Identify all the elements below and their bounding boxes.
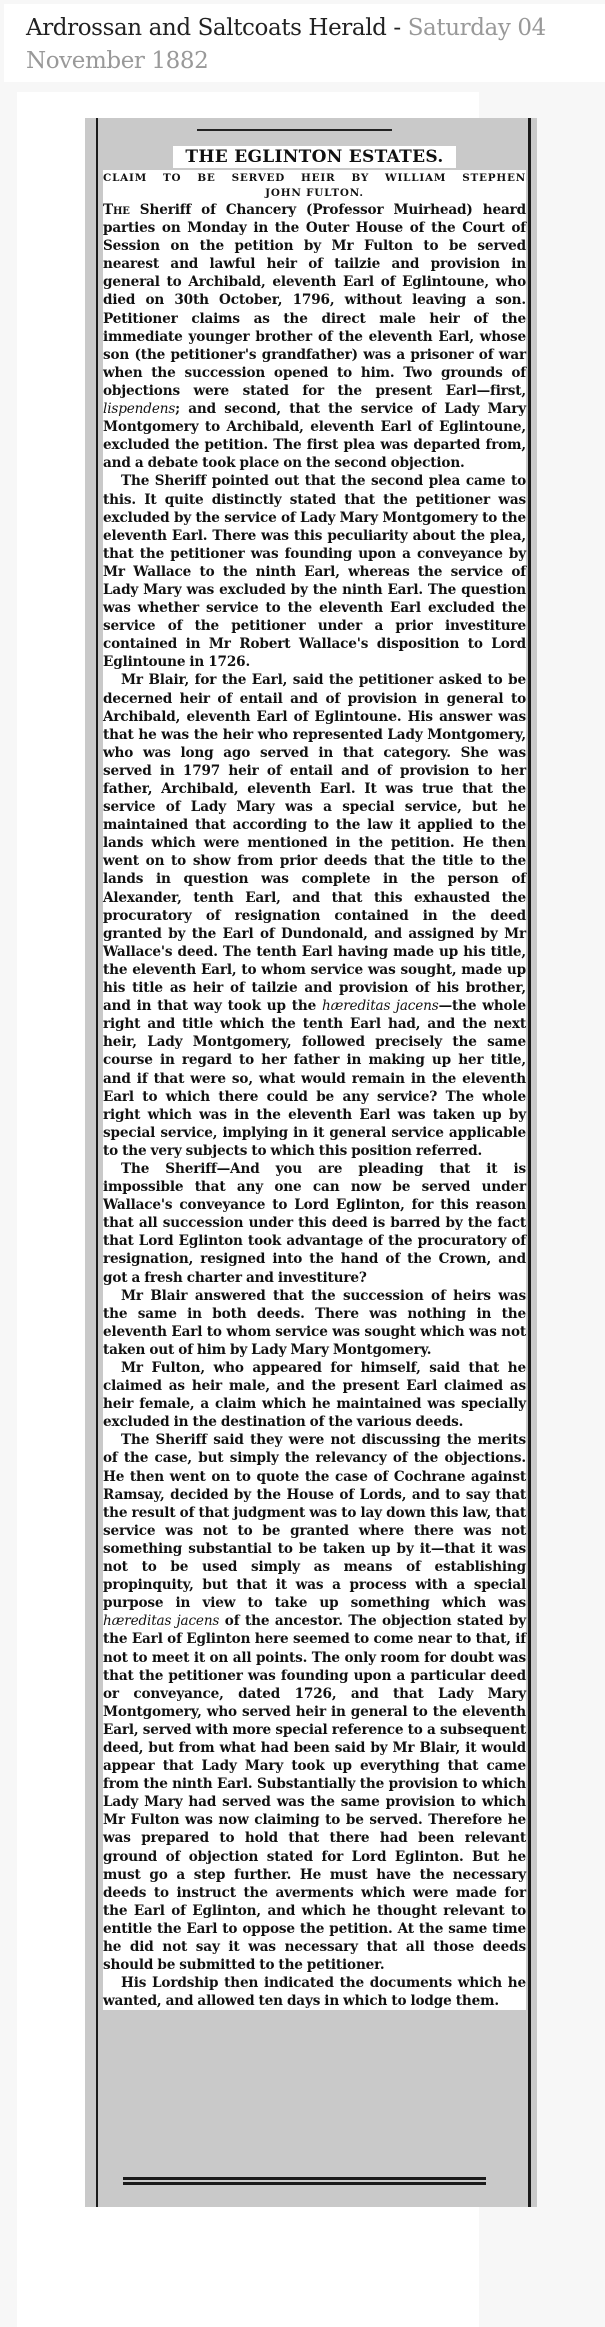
paragraph-lead: The: [103, 202, 130, 218]
publication-name: Ardrossan and Saltcoats Herald: [26, 15, 387, 41]
article-subheadline: CLAIM TO BE SERVED HEIR BY WILLIAM STEPH…: [103, 170, 526, 186]
article-subheadline-cont: JOHN FULTON.: [103, 186, 526, 201]
article-paragraph: Mr Blair, for the Earl, said the petitio…: [103, 671, 526, 1160]
article-paragraph: The Sheriff of Chancery (Professor Muirh…: [103, 201, 526, 472]
page-header: Ardrossan and Saltcoats Herald - Saturda…: [4, 4, 605, 82]
latin-term: hæreditas jacens: [103, 1613, 219, 1629]
article-paragraph: Mr Fulton, who appeared for himself, sai…: [103, 1359, 526, 1431]
page-title: Ardrossan and Saltcoats Herald - Saturda…: [26, 12, 586, 78]
article-body: The Sheriff of Chancery (Professor Muirh…: [103, 201, 526, 2010]
article-paragraph: The Sheriff pointed out that the second …: [103, 472, 526, 671]
column-rule-right: [528, 118, 531, 2207]
latin-term: hæreditas jacens: [322, 998, 439, 1014]
article-paragraph: Mr Blair answered that the succession of…: [103, 1287, 526, 1359]
column-rule-left: [96, 118, 98, 2207]
article-paragraph: His Lordship then indicated the document…: [103, 1974, 526, 2010]
article-paragraph: The Sheriff—And you are pleading that it…: [103, 1160, 526, 1287]
article-headline: THE EGLINTON ESTATES.: [173, 146, 456, 168]
bottom-double-rule: [123, 2177, 486, 2185]
top-divider: [197, 129, 392, 131]
title-separator: -: [387, 15, 408, 41]
latin-term: lispendens: [103, 401, 175, 417]
article: THE EGLINTON ESTATES. CLAIM TO BE SERVED…: [103, 146, 526, 2010]
article-paragraph: The Sheriff said they were not discussin…: [103, 1431, 526, 1974]
newspaper-clipping: THE EGLINTON ESTATES. CLAIM TO BE SERVED…: [85, 118, 537, 2207]
